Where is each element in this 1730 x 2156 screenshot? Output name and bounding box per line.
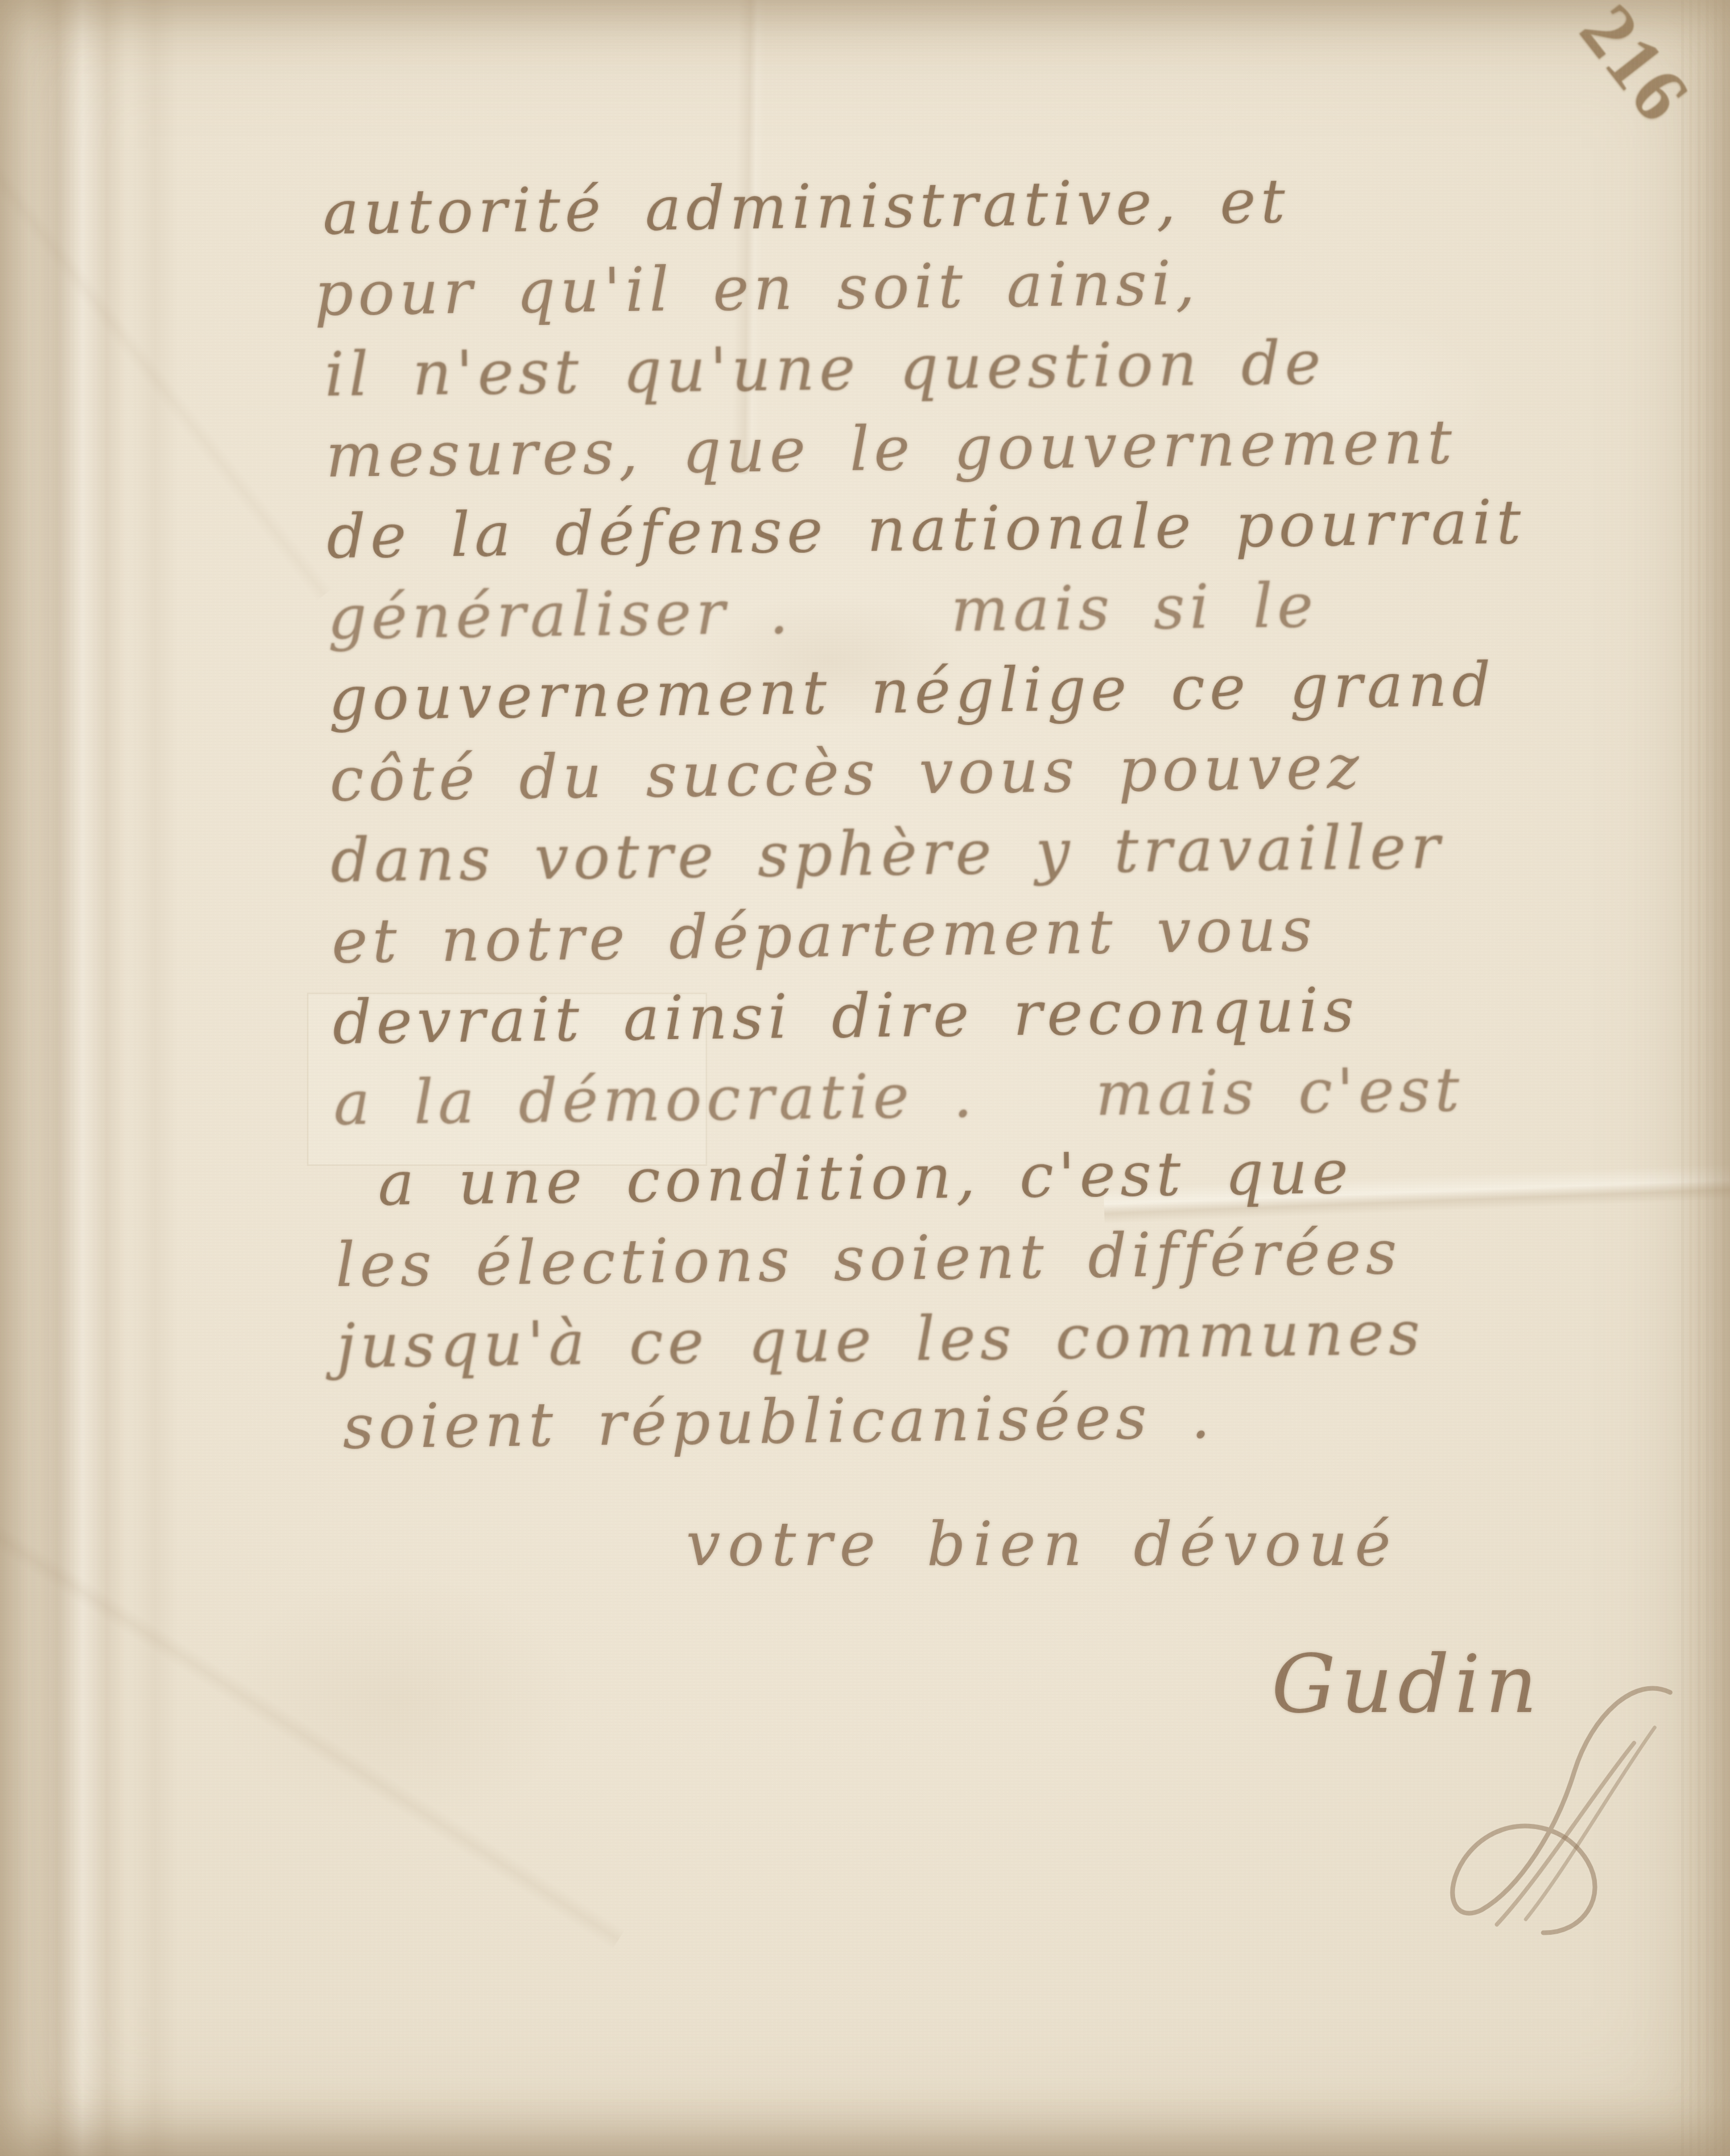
- letter-closing: votre bien dévoué: [686, 1508, 1398, 1579]
- handwritten-line: soient républicanisées .: [342, 1370, 1700, 1468]
- paper-crease-diagonal-upper: [0, 141, 332, 601]
- handwritten-line: a une condition, c'est que: [378, 1127, 1697, 1224]
- paper-crease-diagonal-lower: [0, 1508, 625, 1950]
- paper-crease-vertical-left: [28, 0, 126, 2156]
- paper-smudge: [217, 1573, 578, 1831]
- scanned-letter-page: 216 autorité administrative, etpour qu'i…: [0, 0, 1730, 2156]
- page-number-stamp: 216: [1567, 0, 1703, 136]
- letter-body: autorité administrative, etpour qu'il en…: [322, 156, 1700, 1468]
- signature: Gudin: [1271, 1637, 1542, 1731]
- paper-crease-vertical-left-2: [132, 0, 178, 2156]
